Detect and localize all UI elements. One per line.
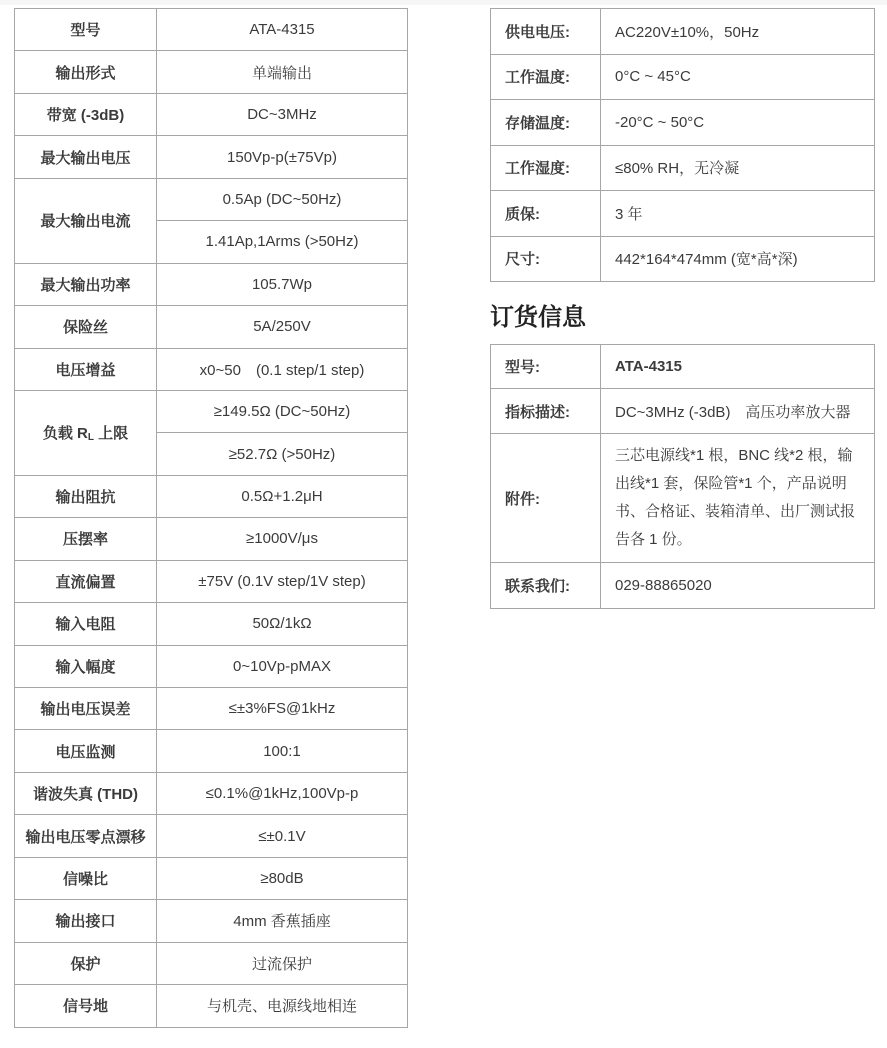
spec-row-label: 输入电阻 [15,603,157,645]
spec-row-label: 输出接口 [15,900,157,942]
spec-table: 型号 ATA-4315 输出形式 单端输出 带宽 (-3dB) DC~3MHz … [14,8,408,1028]
spec-row-label: 输出形式 [15,51,157,93]
spec-row-label: 最大输出功率 [15,263,157,305]
table-row: 电压监测 100:1 [15,730,408,772]
table-row: 工作湿度: ≤80% RH，无冷凝 [491,145,875,191]
spec-row-label: 信号地 [15,985,157,1027]
spec-row-label: 输入幅度 [15,645,157,687]
spec-row-value: 100:1 [157,730,408,772]
spec-row-label: 保护 [15,942,157,984]
table-row: 输出电压零点漂移 ≤±0.1V [15,815,408,857]
spec-row-label: 电压增益 [15,348,157,390]
spec-row-value: 单端输出 [157,51,408,93]
table-row: 输入幅度 0~10Vp-pMAX [15,645,408,687]
order-row-label: 型号: [491,345,601,389]
order-contact-value: 029-88865020 [601,563,875,609]
env-table: 供电电压: AC220V±10%，50Hz 工作温度: 0°C ~ 45°C 存… [490,8,875,282]
order-row-label: 联系我们: [491,563,601,609]
table-row: 信噪比 ≥80dB [15,857,408,899]
spec-row-value: ±75V (0.1V step/1V step) [157,560,408,602]
env-row-value: 3 年 [601,191,875,237]
table-row: 供电电压: AC220V±10%，50Hz [491,9,875,55]
table-row: 联系我们: 029-88865020 [491,563,875,609]
env-row-value: ≤80% RH，无冷凝 [601,145,875,191]
table-row: 尺寸: 442*164*474mm (宽*高*深) [491,236,875,282]
spec-row-value: 0.5Ω+1.2μH [157,475,408,517]
spec-row-value: ATA-4315 [157,9,408,51]
spec-row-label: 压摆率 [15,518,157,560]
spec-row-value: 5A/250V [157,306,408,348]
spec-row-value: 150Vp-p(±75Vp) [157,136,408,178]
table-row: 压摆率 ≥1000V/μs [15,518,408,560]
order-row-label: 指标描述: [491,389,601,434]
table-row: 信号地 与机壳、电源线地相连 [15,985,408,1027]
spec-row-label: 谐波失真 (THD) [15,772,157,814]
table-row: 型号 ATA-4315 [15,9,408,51]
table-row: 保险丝 5A/250V [15,306,408,348]
table-row: 型号: ATA-4315 [491,345,875,389]
order-model-value: ATA-4315 [601,345,875,389]
right-column: 供电电压: AC220V±10%，50Hz 工作温度: 0°C ~ 45°C 存… [490,8,874,609]
spec-row-value: 0~10Vp-pMAX [157,645,408,687]
table-row: 带宽 (-3dB) DC~3MHz [15,93,408,135]
spec-row-value: DC~3MHz [157,93,408,135]
table-row: 输出接口 4mm 香蕉插座 [15,900,408,942]
env-row-value: 0°C ~ 45°C [601,54,875,100]
table-row: 电压增益 x0~50 (0.1 step/1 step) [15,348,408,390]
spec-row-value: ≤±0.1V [157,815,408,857]
env-row-label: 工作温度: [491,54,601,100]
table-row: 工作温度: 0°C ~ 45°C [491,54,875,100]
env-row-label: 质保: [491,191,601,237]
table-row: 输出电压误差 ≤±3%FS@1kHz [15,688,408,730]
order-table: 型号: ATA-4315 指标描述: DC~3MHz (-3dB) 高压功率放大… [490,344,875,609]
table-row: 存储温度: -20°C ~ 50°C [491,100,875,146]
spec-row-label: 最大输出电流 [15,178,157,263]
spec-row-value: 50Ω/1kΩ [157,603,408,645]
spec-row-label: 输出电压误差 [15,688,157,730]
spec-row-value: 与机壳、电源线地相连 [157,985,408,1027]
env-row-label: 存储温度: [491,100,601,146]
spec-row-label: 输出阻抗 [15,475,157,517]
spec-row-value: ≥80dB [157,857,408,899]
spec-row-value: ≤0.1%@1kHz,100Vp-p [157,772,408,814]
spec-row-label: 直流偏置 [15,560,157,602]
spec-row-value: x0~50 (0.1 step/1 step) [157,348,408,390]
table-row: 附件: 三芯电源线*1 根，BNC 线*2 根，输出线*1 套，保险管*1 个，… [491,434,875,563]
order-row-value: DC~3MHz (-3dB) 高压功率放大器 [601,389,875,434]
spec-row-label: 信噪比 [15,857,157,899]
ordering-info-heading: 订货信息 [490,303,874,333]
spec-row-label: 电压监测 [15,730,157,772]
table-row: 指标描述: DC~3MHz (-3dB) 高压功率放大器 [491,389,875,434]
env-row-label: 供电电压: [491,9,601,55]
table-row: 最大输出电流 0.5Ap (DC~50Hz) [15,178,408,220]
spec-page: 型号 ATA-4315 输出形式 单端输出 带宽 (-3dB) DC~3MHz … [0,0,887,1048]
spec-row-label: 负载 RL 上限 [15,390,157,475]
table-row: 质保: 3 年 [491,191,875,237]
spec-row-label: 带宽 (-3dB) [15,93,157,135]
spec-row-label: 保险丝 [15,306,157,348]
spec-row-value: ≤±3%FS@1kHz [157,688,408,730]
spec-row-label: 最大输出电压 [15,136,157,178]
table-row: 最大输出电压 150Vp-p(±75Vp) [15,136,408,178]
spec-row-label: 输出电压零点漂移 [15,815,157,857]
load-label-text: 负载 R [43,425,88,442]
table-row: 谐波失真 (THD) ≤0.1%@1kHz,100Vp-p [15,772,408,814]
table-row: 最大输出功率 105.7Wp [15,263,408,305]
table-row: 输出阻抗 0.5Ω+1.2μH [15,475,408,517]
table-row: 输出形式 单端输出 [15,51,408,93]
table-row: 负载 RL 上限 ≥149.5Ω (DC~50Hz) [15,390,408,432]
top-divider [0,0,887,5]
env-row-label: 工作湿度: [491,145,601,191]
load-label-text: 上限 [94,425,128,442]
spec-row-value: 4mm 香蕉插座 [157,900,408,942]
order-row-value: 三芯电源线*1 根，BNC 线*2 根，输出线*1 套，保险管*1 个，产品说明… [601,434,875,563]
spec-row-label: 型号 [15,9,157,51]
spec-row-value: 过流保护 [157,942,408,984]
env-row-value: AC220V±10%，50Hz [601,9,875,55]
table-row: 保护 过流保护 [15,942,408,984]
spec-row-value: 0.5Ap (DC~50Hz) [157,178,408,220]
spec-row-value: 105.7Wp [157,263,408,305]
spec-row-value: ≥52.7Ω (>50Hz) [157,433,408,475]
order-row-label: 附件: [491,434,601,563]
table-row: 直流偏置 ±75V (0.1V step/1V step) [15,560,408,602]
env-row-value: 442*164*474mm (宽*高*深) [601,236,875,282]
spec-row-value: 1.41Ap,1Arms (>50Hz) [157,221,408,263]
env-row-label: 尺寸: [491,236,601,282]
spec-row-value: ≥1000V/μs [157,518,408,560]
table-row: 输入电阻 50Ω/1kΩ [15,603,408,645]
spec-row-value: ≥149.5Ω (DC~50Hz) [157,390,408,432]
env-row-value: -20°C ~ 50°C [601,100,875,146]
